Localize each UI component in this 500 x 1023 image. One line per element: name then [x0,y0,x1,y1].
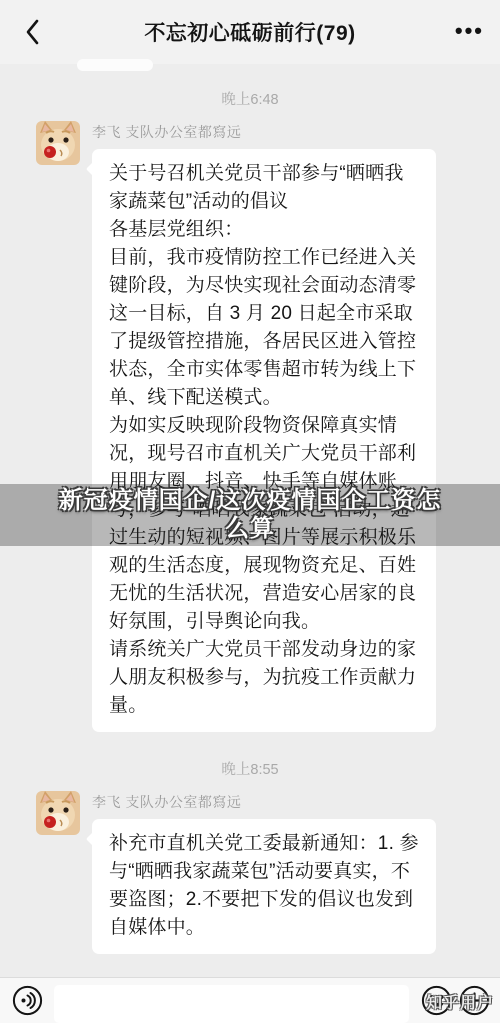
sender-name: 李飞 支队办公室都寫远 [92,792,436,812]
message-input[interactable] [54,985,409,1023]
message-bubble[interactable]: 补充市直机关党工委最新通知：1. 参与“晒晒我家蔬菜包”活动要真实，不要盗图；2… [92,819,436,954]
timestamp: 晚上6:48 [14,88,486,109]
message-column: 李飞 支队办公室都寫远 关于号召机关党员干部参与“晒晒我家蔬菜包”活动的倡议 各… [92,121,436,732]
cat-avatar[interactable] [36,121,80,165]
emoji-icon[interactable] [421,985,452,1016]
cat-avatar[interactable] [36,791,80,835]
sender-name: 李飞 支队办公室都寫远 [92,122,436,142]
voice-icon[interactable] [12,985,43,1016]
message-row: 李飞 支队办公室都寫远 关于号召机关党员干部参与“晒晒我家蔬菜包”活动的倡议 各… [14,121,486,732]
chat-area: 晚上6:48 [0,88,500,954]
redacted-blur [77,59,153,71]
timestamp: 晚上8:55 [14,758,486,779]
chat-title: 不忘初心砥砺前行(79) [0,0,500,64]
plus-icon[interactable] [459,985,490,1016]
message-column: 李飞 支队办公室都寫远 补充市直机关党工委最新通知：1. 参与“晒晒我家蔬菜包”… [92,791,436,954]
message-bubble[interactable]: 关于号召机关党员干部参与“晒晒我家蔬菜包”活动的倡议 各基层党组织： 目前，我市… [92,149,436,732]
nav-bar: 不忘初心砥砺前行(79) ••• [0,0,500,64]
input-bar [0,977,500,1023]
more-icon[interactable]: ••• [455,14,484,48]
message-row: 李飞 支队办公室都寫远 补充市直机关党工委最新通知：1. 参与“晒晒我家蔬菜包”… [14,791,486,954]
wechat-chat-screen: 不忘初心砥砺前行(79) ••• 晚上6:48 [0,0,500,1023]
